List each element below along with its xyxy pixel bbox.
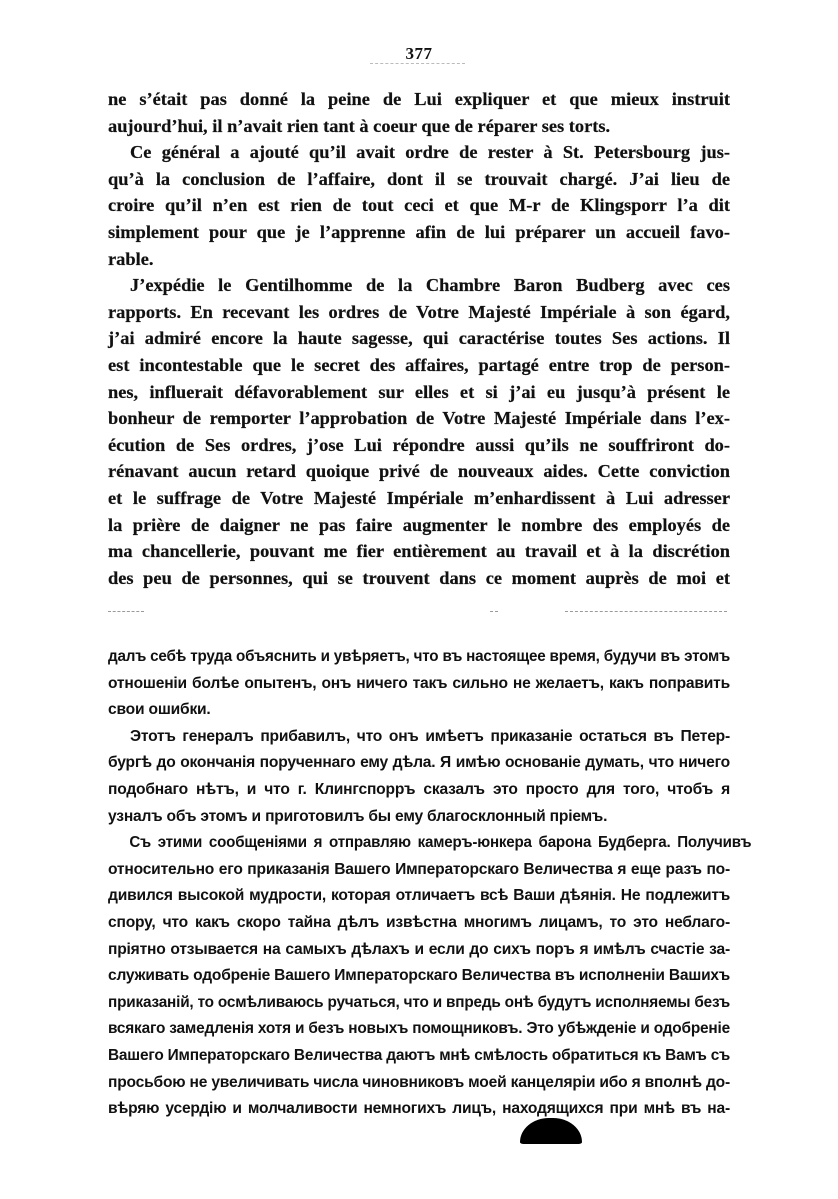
text-line: отношеніи болѣе опытенъ, онъ ничего такъ… <box>108 671 730 698</box>
text-line: la prière de daigner ne pas faire augmen… <box>108 512 730 539</box>
text-line: просьбою не увеличивать числа чиновников… <box>108 1070 730 1097</box>
paragraph-start-line: Ce général a ajouté qu’il avait ordre de… <box>108 139 730 166</box>
text-line: дивился высокой мудрости, которая отлича… <box>108 883 730 910</box>
text-line: des peu de personnes, qui se trouvent da… <box>108 565 730 592</box>
text-line: rable. <box>108 246 730 273</box>
text-line: служивать одобреніе Вашего Императорскаг… <box>108 963 730 990</box>
text-line: rapports. En recevant les ordres de Votr… <box>108 299 730 326</box>
text-line: подобнаго нѣтъ, и что г. Клингспорръ ска… <box>108 777 730 804</box>
text-line: узналъ объ этомъ и приготовилъ бы ему бл… <box>108 804 730 831</box>
paragraph-start-line: Этотъ генералъ прибавилъ, что онъ имѣетъ… <box>108 724 730 751</box>
text-line: aujourd’hui, il n’avait rien tant à coeu… <box>108 113 730 140</box>
text-line: et le suffrage de Votre Majesté Impérial… <box>108 485 730 512</box>
text-line: бургѣ до окончанія порученнаго ему дѣла.… <box>108 750 730 777</box>
text-line: qu’à la conclusion de l’affaire, dont il… <box>108 166 730 193</box>
paragraph-start-line: Съ этими сообщеніями я отправляю камеръ-… <box>108 830 751 857</box>
section-divider <box>490 611 498 612</box>
text-line: nes, influerait défavorablement sur elle… <box>108 379 730 406</box>
paragraph-start-line: J’expédie le Gentilhomme de la Chambre B… <box>108 272 730 299</box>
section-divider <box>108 611 144 612</box>
russian-text-block: далъ себѣ труда объяснить и увѣряетъ, чт… <box>108 644 730 1123</box>
text-line: далъ себѣ труда объяснить и увѣряетъ, чт… <box>108 644 730 671</box>
text-line: пріятно отзывается на самыхъ дѣлахъ и ес… <box>108 937 730 964</box>
text-line: est incontestable que le secret des affa… <box>108 352 730 379</box>
section-divider <box>565 611 727 612</box>
page-number: 377 <box>0 44 838 64</box>
text-line: свои ошибки. <box>108 697 730 724</box>
text-line: вѣряю усердію и молчаливости немногихъ л… <box>108 1096 730 1123</box>
text-line: спору, что какъ скоро тайна дѣлъ извѣстн… <box>108 910 730 937</box>
text-line: всякаго замедленія хотя и безъ новыхъ по… <box>108 1016 730 1043</box>
text-line: ne s’était pas donné la peine de Lui exp… <box>108 86 730 113</box>
text-line: simplement pour que je l’apprenne afin d… <box>108 219 730 246</box>
text-line: относительно его приказанія Вашего Импер… <box>108 857 730 884</box>
french-text-block: ne s’était pas donné la peine de Lui exp… <box>108 86 730 591</box>
text-line: croire qu’il n’en est rien de tout ceci … <box>108 192 730 219</box>
text-line: Вашего Императорскаго Величества даютъ м… <box>108 1043 730 1070</box>
text-line: écution de Ses ordres, j’ose Lui répondr… <box>108 432 730 459</box>
text-line: ma chancellerie, pouvant me fier entière… <box>108 538 730 565</box>
text-line: bonheur de remporter l’approbation de Vo… <box>108 405 730 432</box>
text-line: приказаній, то осмѣливаюсь ручаться, что… <box>108 990 730 1017</box>
header-rule <box>370 63 465 64</box>
text-line: j’ai admiré encore la haute sagesse, qui… <box>108 325 730 352</box>
text-line: rénavant aucun retard quoique privé de n… <box>108 458 730 485</box>
